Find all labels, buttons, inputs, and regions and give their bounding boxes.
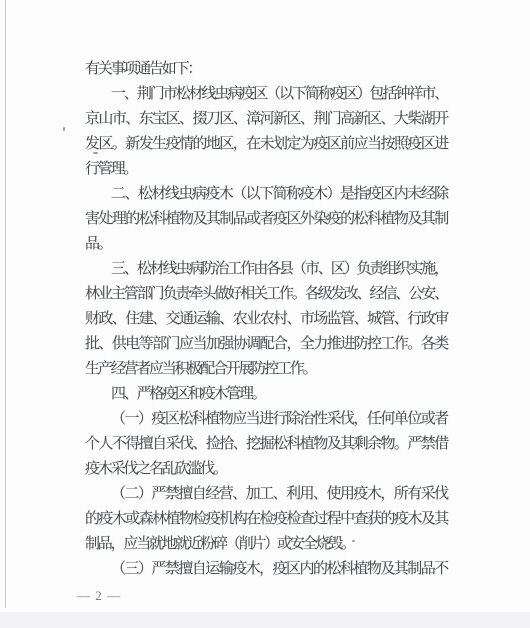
text-line: 一、荆门市松材线虫病疫区（以下简称疫区）包括钟祥市、 [85, 82, 447, 107]
text-line: 林业主管部门负责牵头做好相关工作。各级发改、经信、公安、 [85, 282, 447, 307]
text-line: 四、严格疫区和疫木管理。 [85, 382, 447, 407]
scan-bottom-shade [0, 612, 530, 628]
text-line: 财政、住建、交通运输、农业农村、市场监管、城管、行政审 [85, 307, 447, 332]
scan-artifact-speck [93, 152, 98, 154]
text-line: 的疫木或森林植物检疫机构在检疫检查过程中查获的疫木及其 [85, 507, 447, 532]
text-line: 发区。新发生疫情的地区，在未划定为疫区前应当按照疫区进 [85, 132, 447, 157]
scan-artifact-speck [352, 540, 355, 542]
text-line: 疫木采伐之名乱砍滥伐。 [85, 457, 447, 482]
scan-artifact-speck [100, 167, 105, 169]
text-line: 品。 [85, 232, 447, 257]
text-line: 生产经营者应当积极配合开展防控工作。 [85, 357, 447, 382]
page-number: — 2 — [77, 586, 121, 606]
text-line: 个人不得擅自采伐、捡拾、挖掘松科植物及其剩余物。严禁借 [85, 432, 447, 457]
text-line: 行管理。 [85, 157, 447, 182]
text-line: 害处理的松科植物及其制品或者疫区外染疫的松科植物及其制 [85, 207, 447, 232]
page-left-edge-line [5, 0, 6, 608]
text-line: 制品，应当就地就近粉碎（削片）或安全烧毁。 [85, 532, 447, 557]
text-line: （三）严禁擅自运输疫木，疫区内的松科植物及其制品不 [85, 557, 447, 582]
text-line: （一）疫区松科植物应当进行除治性采伐，任何单位或者 [85, 407, 447, 432]
text-line: 批、供电等部门应当加强协调配合，全力推进防控工作。各类 [85, 332, 447, 357]
text-line: 有关事项通告如下： [85, 57, 447, 82]
text-line: 京山市、东宝区、掇刀区、漳河新区、荆门高新区、大柴湖开 [85, 107, 447, 132]
scanned-document-page: 有关事项通告如下：一、荆门市松材线虫病疫区（以下简称疫区）包括钟祥市、京山市、东… [0, 0, 530, 628]
scan-artifact-speck [63, 127, 65, 131]
text-line: 三、松材线虫病防治工作由各县（市、区）负责组织实施， [85, 257, 447, 282]
text-line: （二）严禁擅自经营、加工、利用、使用疫木，所有采伐 [85, 482, 447, 507]
text-line: 二、松材线虫病疫木（以下简称疫木）是指疫区内未经除 [85, 182, 447, 207]
document-body: 有关事项通告如下：一、荆门市松材线虫病疫区（以下简称疫区）包括钟祥市、京山市、东… [85, 57, 447, 582]
